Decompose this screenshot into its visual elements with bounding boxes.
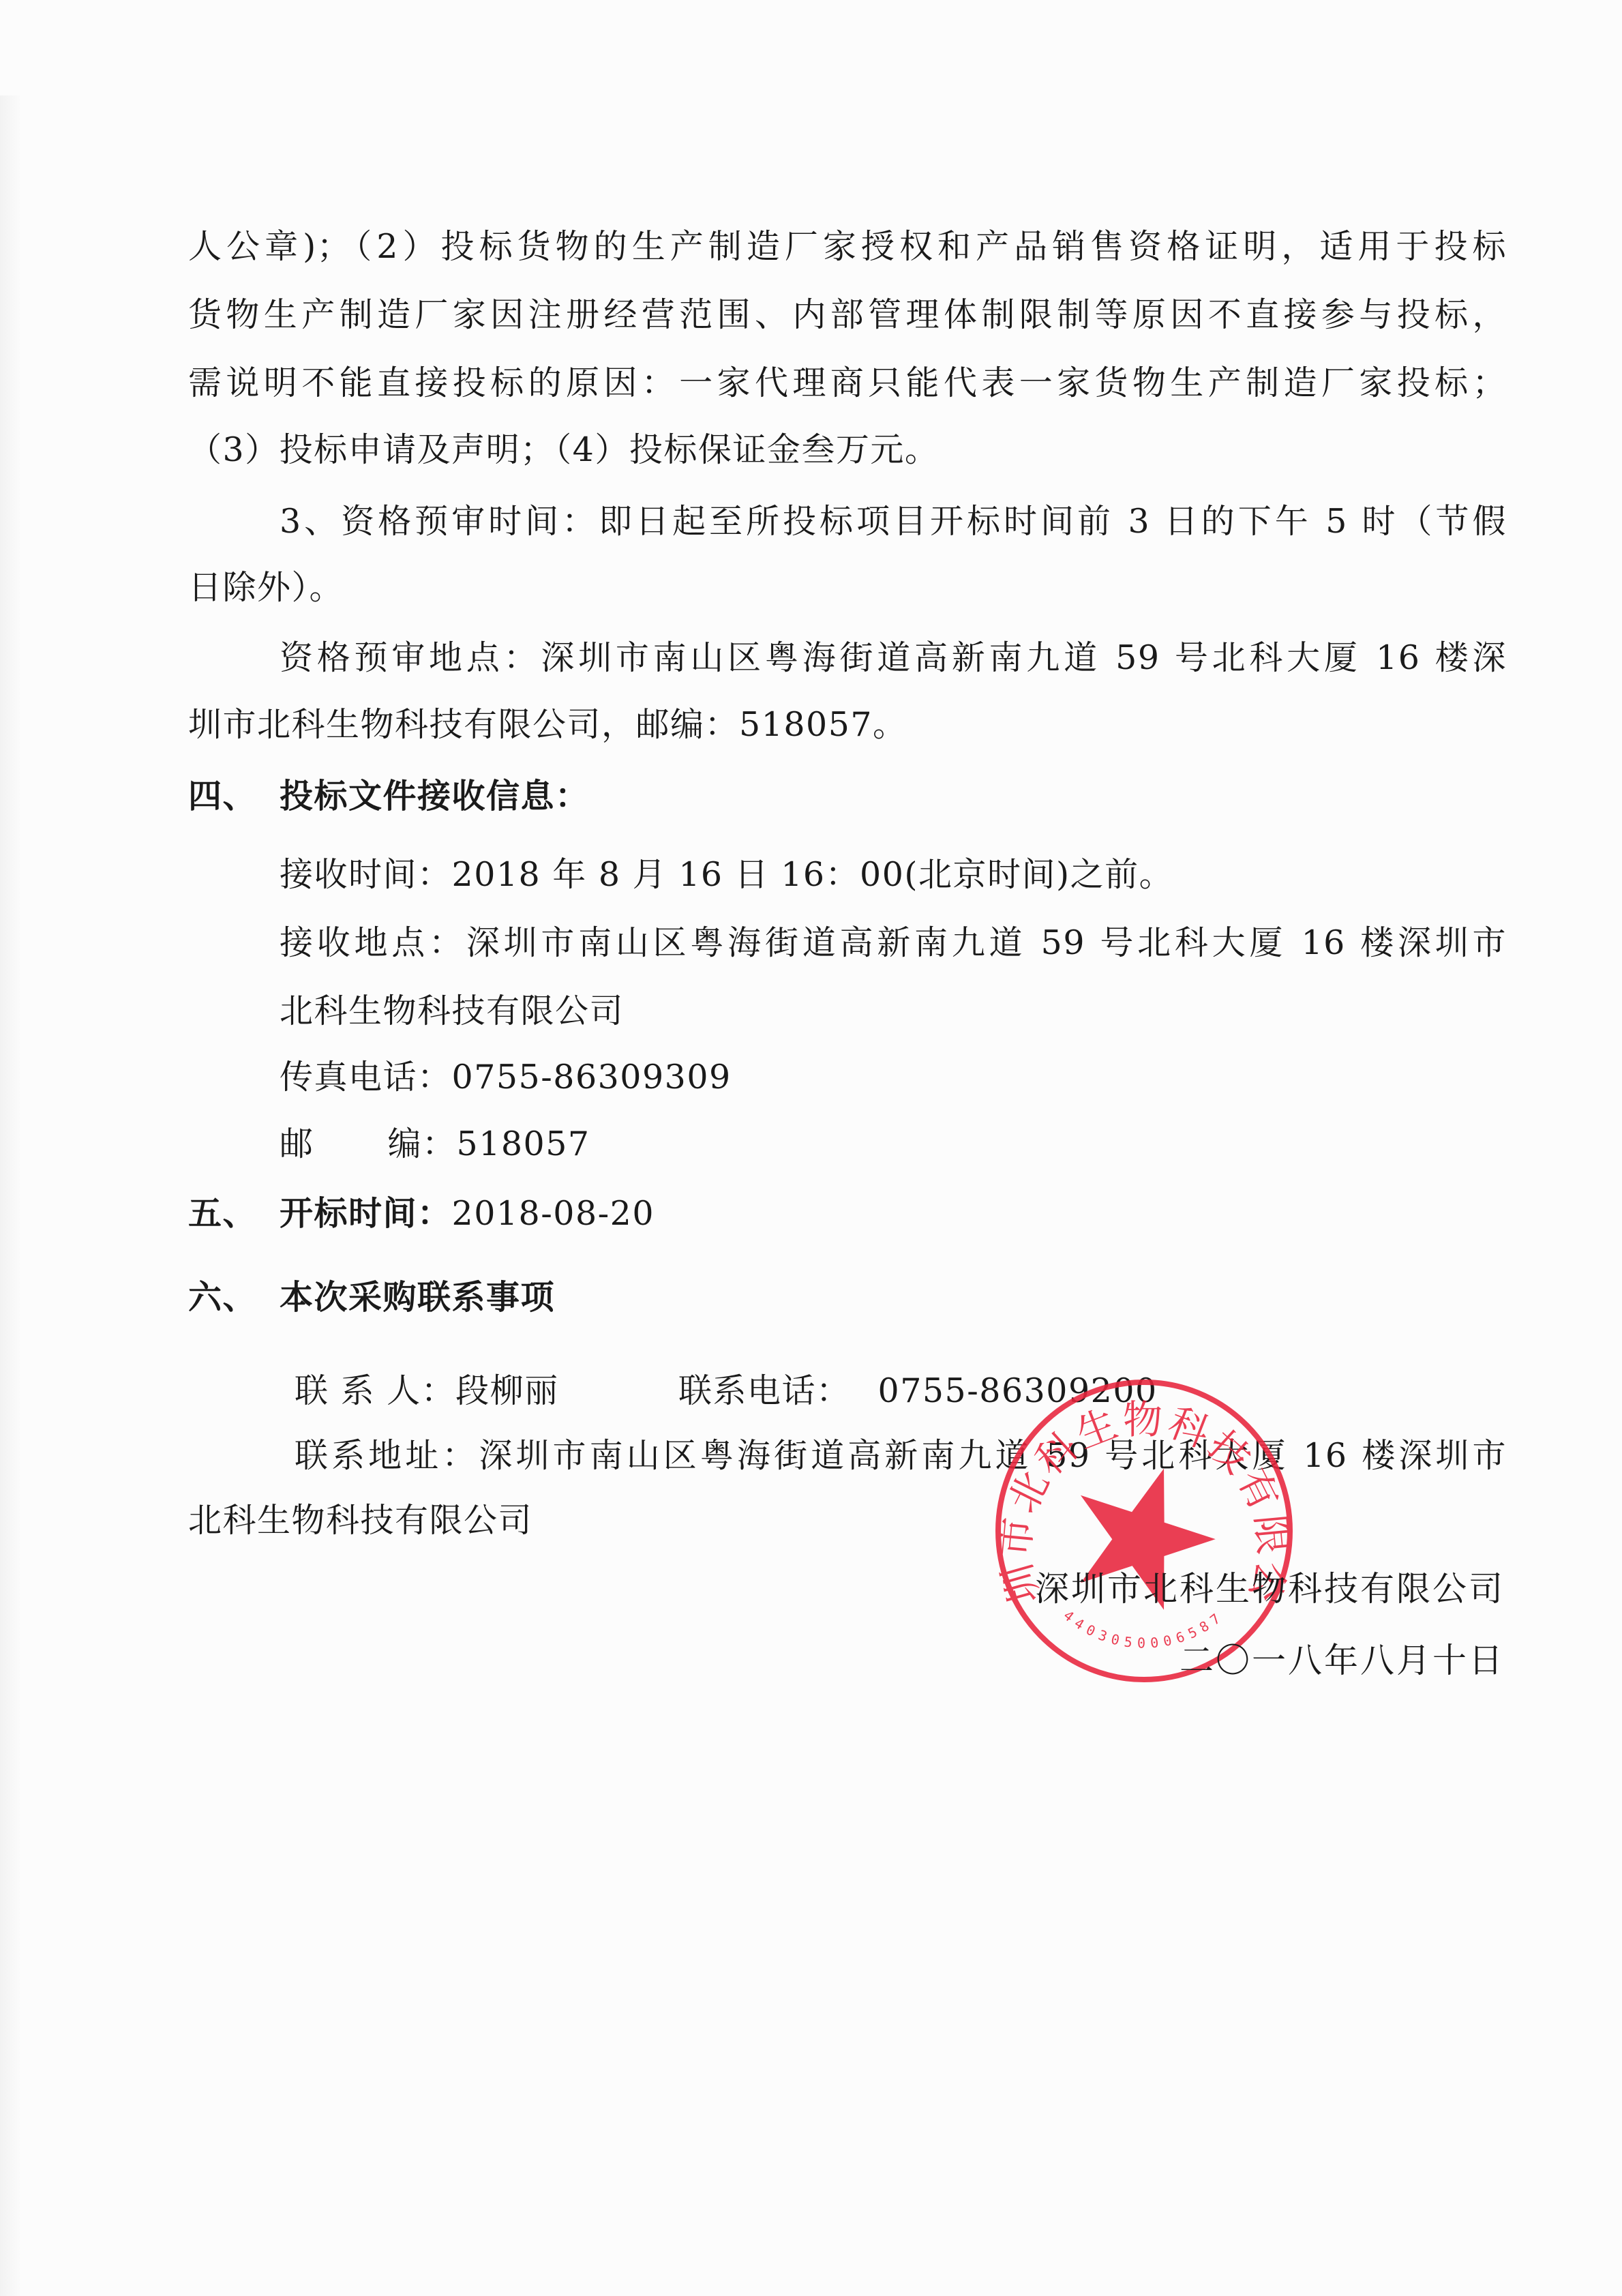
section-5-row: 开标时间：2018-08-20 (280, 1193, 655, 1234)
section-4-title: 投标文件接收信息： (280, 776, 590, 817)
paragraph-line: 需说明不能直接投标的原因：一家代理商只能代表一家货物生产制造厂家投标； (188, 363, 1507, 404)
address-label: 联系地址： (295, 1436, 479, 1475)
signature-date: 二〇一八年八月十日 (1180, 1640, 1505, 1681)
phone-value: 0755-86309200 (878, 1371, 1158, 1410)
prequal-time-line: 3、资格预审时间：即日起至所投标项目开标时间前 3 日的下午 5 时（节假 (280, 501, 1507, 542)
section-6-title: 本次采购联系事项 (280, 1277, 555, 1318)
postcode-value: 518057 (457, 1124, 590, 1163)
opening-date: 2018-08-20 (452, 1194, 655, 1233)
receive-time-value: 2018 年 8 月 16 日 16：00(北京时间)之前。 (452, 855, 1174, 894)
address-line2: 北科生物科技有限公司 (188, 1500, 532, 1541)
receive-location-label: 接收地点： (280, 923, 466, 962)
prequal-location-line: 资格预审地点：深圳市南山区粤海街道高新南九道 59 号北科大厦 16 楼深 (280, 638, 1507, 679)
receive-location-line2: 北科生物科技有限公司 (280, 991, 624, 1032)
section-5-number: 五、 (188, 1193, 257, 1234)
postcode: 邮编：518057 (280, 1124, 590, 1165)
company-seal-stamp: 深圳市北科生物科技有限公司 4403050006587 (993, 1378, 1295, 1684)
section-4-number: 四、 (188, 776, 257, 817)
contact-name: 段柳丽 (455, 1371, 559, 1410)
phone-label: 联系电话： (678, 1371, 851, 1410)
paragraph-line: 货物生产制造厂家因注册经营范围、内部管理体制限制等原因不直接参与投标， (188, 295, 1507, 336)
scan-edge-shadow (0, 95, 20, 2296)
receive-time-label: 接收时间： (280, 855, 452, 894)
receive-location-value: 深圳市南山区粤海街道高新南九道 59 号北科大厦 16 楼深圳市 (466, 923, 1507, 962)
paragraph-line: （3）投标申请及声明；（4）投标保证金叁万元。 (188, 430, 939, 471)
fax-value: 0755-86309309 (452, 1058, 732, 1097)
contact-address: 联系地址：深圳市南山区粤海街道高新南九道 59 号北科大厦 16 楼深圳市 (295, 1435, 1507, 1476)
fax: 传真电话：0755-86309309 (280, 1057, 732, 1098)
postcode-label-1: 邮 (280, 1124, 314, 1163)
fax-label: 传真电话： (280, 1058, 452, 1097)
receive-location: 接收地点：深圳市南山区粤海街道高新南九道 59 号北科大厦 16 楼深圳市 (280, 923, 1507, 964)
section-6-number: 六、 (188, 1277, 257, 1318)
contact-person: 联 系 人：段柳丽 (295, 1371, 559, 1412)
prequal-location-line: 圳市北科生物科技有限公司，邮编：518057。 (188, 704, 907, 745)
section-5-title: 开标时间： (280, 1194, 452, 1233)
contact-phone: 联系电话：0755-86309200 (678, 1371, 1158, 1412)
paragraph-line: 人公章)；（2）投标货物的生产制造厂家授权和产品销售资格证明，适用于投标 (188, 226, 1507, 267)
receive-time: 接收时间：2018 年 8 月 16 日 16：00(北京时间)之前。 (280, 854, 1173, 895)
contact-label: 联 系 人： (295, 1371, 455, 1410)
signature-company: 深圳市北科生物科技有限公司 (1035, 1568, 1505, 1609)
postcode-label-2: 编： (388, 1124, 457, 1163)
address-line1: 深圳市南山区粤海街道高新南九道 59 号北科大厦 16 楼深圳市 (479, 1436, 1507, 1475)
prequal-time-line: 日除外）。 (188, 567, 344, 608)
